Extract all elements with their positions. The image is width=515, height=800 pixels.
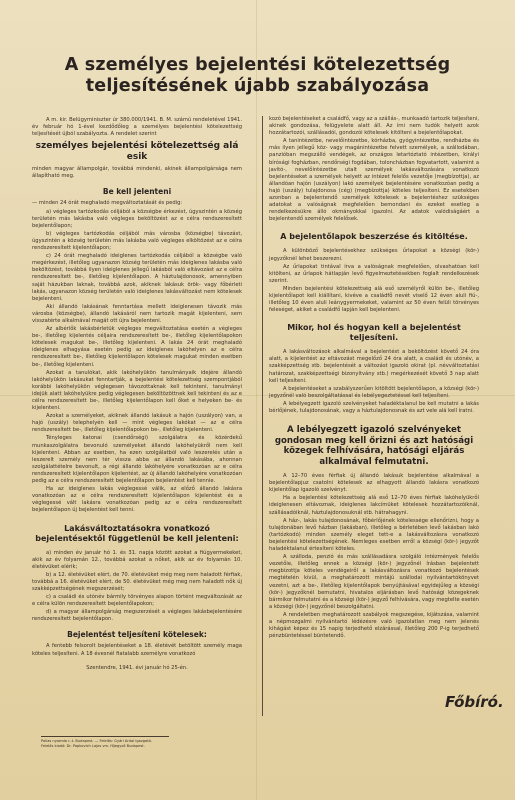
printer-imprint: Pallas nyomda r.-t. Budapest. — Felelős:… bbox=[41, 736, 169, 748]
section2-item-c: c) a családi és utónév bármily törvényes… bbox=[32, 594, 242, 608]
paragraph: Azokat a személyeket, akiknek állandó la… bbox=[32, 413, 242, 434]
section1-lead: — minden 24 órát meghaladó megváltoztatá… bbox=[32, 200, 242, 207]
forms-paragraph: Minden bejelentési kötelezettség alá eső… bbox=[269, 286, 479, 314]
keep-paragraph: A szálloda, penzió és más szállásadásra … bbox=[269, 554, 479, 611]
when-paragraph: A bejelentéseket a szabályszerűen kitölt… bbox=[269, 386, 479, 400]
paragraph: Ha az ideiglenes lakás véglegessé válik,… bbox=[32, 486, 242, 514]
subject-text: minden magyar állampolgár, továbbá minde… bbox=[32, 166, 242, 180]
title-line-2: teljesítésének újabb szabályozása bbox=[0, 76, 515, 97]
section3-text: A fentebb felsorolt bejelentéseket a 18.… bbox=[32, 643, 242, 657]
section3-heading: Bejelentést teljesíteni kötelesek: bbox=[32, 630, 242, 639]
section2-item-d: d) a magyar állampolgárság megszerzését … bbox=[32, 609, 242, 623]
institutions-paragraph: A tanintézetbe, nevelőintézetbe, kórházb… bbox=[269, 138, 479, 223]
forms-paragraph: A különböző bejelentésekhez szükséges űr… bbox=[269, 248, 479, 262]
keep-paragraph: A ház-, lakás tulajdonosának, főbérlőjén… bbox=[269, 518, 479, 553]
continuation-paragraph: kozó bejelentéseket a családfő, vagy az … bbox=[269, 116, 479, 137]
paragraph: Azokat a tanulókat, akik lakóhelyükön ta… bbox=[32, 370, 242, 413]
forms-paragraph: Az űrlapokat tintával írva a valóságnak … bbox=[269, 264, 479, 285]
section1-item-c: c) 24 órát meghaladó ideiglenes tartózko… bbox=[32, 253, 242, 303]
keep-paragraph: A rendeletben meghatározott szabályok me… bbox=[269, 612, 479, 640]
keep-paragraph: A 12–70 éves férfiak új állandó lakásuk … bbox=[269, 473, 479, 494]
right-column: kozó bejelentéseket a családfő, vagy az … bbox=[262, 116, 479, 716]
keep-paragraph: Ha a bejelentési kötelezettség alá eső 1… bbox=[269, 495, 479, 516]
paragraph: Tényleges katonai (csendőrségi) szolgála… bbox=[32, 435, 242, 485]
intro-paragraph: A m. kir. Belügyminiszter úr 380.000/194… bbox=[32, 117, 242, 138]
section2-heading: Lakásváltoztatásokra vonatkozó bejelenté… bbox=[32, 524, 242, 544]
fold-crease-vertical bbox=[256, 0, 257, 800]
paragraph: Aki állandó lakásának fenntartása mellet… bbox=[32, 304, 242, 325]
section1-heading: Be kell jelenteni bbox=[32, 187, 242, 196]
when-heading: Mikor, hol és hogyan kell a bejelentést … bbox=[269, 323, 479, 343]
poster-title: A személyes bejelentési kötelezettség te… bbox=[0, 55, 515, 97]
when-paragraph: A lebélyegzett igazoló szelvényeket hala… bbox=[269, 401, 479, 415]
date-line: Szentendre, 1941. évi január hó 25-én. bbox=[32, 665, 242, 672]
printer-line-1: Pallas nyomda r.-t. Budapest. — Felelős:… bbox=[41, 739, 169, 744]
keep-heading: A lebélyegzett igazoló szelvényeket gond… bbox=[269, 425, 479, 467]
title-line-1: A személyes bejelentési kötelezettség bbox=[0, 55, 515, 76]
when-paragraph: A lakásváltozások alkalmával a bejelenté… bbox=[269, 349, 479, 384]
section2-item-b: b) a 12. életévüket elért, de 70. életév… bbox=[32, 572, 242, 593]
section1-item-b: b) végleges tartózkodás céljából más vár… bbox=[32, 231, 242, 252]
left-column: A m. kir. Belügyminiszter úr 380.000/194… bbox=[32, 117, 242, 672]
section2-item-a: a) minden év január hó 1. és 31. napja k… bbox=[32, 550, 242, 571]
paragraph: Az albérlők lakásbérletük végleges megvá… bbox=[32, 326, 242, 369]
forms-heading: A bejelentőlapok beszerzése és kitöltése… bbox=[269, 232, 479, 242]
subject-heading: személyes bejelentési kötelezettség alá … bbox=[32, 141, 242, 163]
section1-item-a: a) végleges tartózkodás céljából a közsé… bbox=[32, 209, 242, 230]
printer-line-2: Felelős kiadó: Dr. Papkovich Lajos vm. f… bbox=[41, 744, 169, 749]
poster-sheet: A személyes bejelentési kötelezettség te… bbox=[0, 0, 515, 800]
signature: Főbíró. bbox=[445, 693, 504, 711]
